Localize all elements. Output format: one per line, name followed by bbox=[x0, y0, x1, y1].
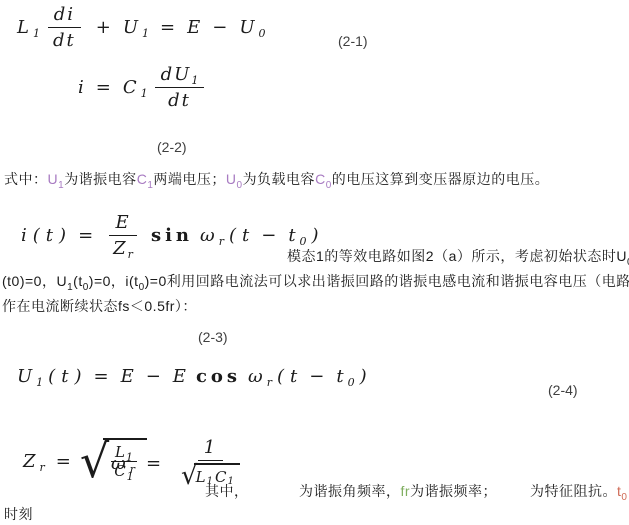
p1-mid1: 为谐振电容 bbox=[64, 171, 137, 187]
p1-C0: C0 bbox=[315, 171, 332, 187]
bottom-text-moment: 时刻 bbox=[4, 504, 33, 524]
eq1-plus: + bbox=[96, 17, 111, 38]
eq4-t0: t bbox=[336, 366, 343, 387]
p2-l2-U-sub: 1 bbox=[67, 282, 73, 293]
p2-l3-text: 作在电流断续状态fs＜0.5fr）： bbox=[2, 298, 197, 314]
p1-U0-text: U bbox=[226, 171, 237, 187]
eqw-frac-num: 1 bbox=[198, 437, 223, 461]
paragraph-mode1-line2: (t0)=0，U1(t0)=0，i(t0)=0利用回路电流法可以求出谐振回路的谐… bbox=[2, 271, 629, 291]
p2-l2-U: U bbox=[56, 273, 67, 289]
equation-label-2-2: (2-2) bbox=[157, 139, 187, 155]
eq4-rparen2: ) bbox=[360, 366, 367, 387]
equation-2-2: i = C1 dU1 dt bbox=[75, 64, 209, 111]
eqz-equals: = bbox=[56, 451, 71, 472]
p3-b: 为谐振角频率， bbox=[299, 483, 401, 499]
eq4-rparen: ) bbox=[74, 366, 81, 387]
eq3-omega: ω bbox=[200, 225, 215, 246]
eq3-equals: = bbox=[78, 225, 93, 246]
eq4-U: U bbox=[17, 366, 32, 387]
p2-l2b-sub: 0 bbox=[83, 282, 89, 293]
eq4-omega-sub: r bbox=[267, 376, 272, 389]
eq1-fraction: di dt bbox=[47, 4, 82, 51]
p3-t0-sub: 0 bbox=[621, 492, 627, 503]
eq1-frac-num: di bbox=[48, 4, 81, 28]
eqw-omega-sub: r bbox=[130, 463, 135, 476]
eqz-Z-sub: r bbox=[40, 461, 45, 474]
eq1-U0-sub: 0 bbox=[258, 27, 265, 40]
eq1-frac-den: dt bbox=[47, 28, 82, 51]
eq3-t: t bbox=[46, 225, 53, 246]
eq1-U0: U bbox=[239, 17, 254, 38]
eq3-rparen2: ) bbox=[312, 225, 319, 246]
paragraph-mode1-line3: 作在电流断续状态fs＜0.5fr）： bbox=[2, 296, 197, 316]
eq2-C: C bbox=[123, 77, 137, 98]
p1-C0-sub: 0 bbox=[326, 180, 332, 191]
eq3-i: i bbox=[21, 225, 27, 246]
p1-C1-sub: 1 bbox=[147, 180, 153, 191]
eq1-equals: = bbox=[160, 17, 175, 38]
equation-2-4: U1 ( t ) = E − E cos ωr ( t − t0 ) bbox=[14, 366, 370, 387]
p1-mid3: 为负载电容 bbox=[243, 171, 316, 187]
p2-l1-text: 模态1的等效电路如图2（a）所示，考虑初始状态时 bbox=[287, 248, 616, 264]
bottom-text-frequency: 为谐振角频率，fr为谐振频率； bbox=[299, 481, 497, 501]
p1-C1: C1 bbox=[137, 171, 154, 187]
p1-U0-sub: 0 bbox=[237, 180, 243, 191]
p2-l1-U: U bbox=[616, 248, 627, 264]
eq2-i: i bbox=[78, 77, 84, 98]
p1-mid2: 两端电压； bbox=[153, 171, 226, 187]
equation-2-3: i ( t ) = E Zr sin ωr ( t − t0 ) bbox=[18, 212, 322, 259]
eq3-frac-den-text: Z bbox=[113, 238, 128, 259]
equation-label-2-1: (2-1) bbox=[338, 33, 368, 49]
eqw-equals: = bbox=[146, 453, 161, 474]
eq3-minus: − bbox=[261, 225, 276, 246]
eq4-lparen2: ( bbox=[277, 366, 284, 387]
p2-l2c: )=0， bbox=[89, 273, 126, 289]
eq4-E1: E bbox=[121, 366, 134, 387]
p1-pre: 式中： bbox=[4, 171, 48, 187]
eq4-equals: = bbox=[93, 366, 108, 387]
p2-l2d-sub: 0 bbox=[139, 282, 145, 293]
eq4-lparen: ( bbox=[48, 366, 55, 387]
p4-text: 时刻 bbox=[4, 506, 33, 522]
eq3-t0: t bbox=[288, 225, 295, 246]
eq3-sin: sin bbox=[151, 225, 193, 246]
paragraph-mode1-line1: 模态1的等效电路如图2（a）所示，考虑初始状态时U0 bbox=[287, 246, 629, 266]
eq3-frac-den: Zr bbox=[107, 236, 139, 259]
eq3-lparen2: ( bbox=[229, 225, 236, 246]
eq4-E2: E bbox=[173, 366, 186, 387]
p1-U1-sub: 1 bbox=[58, 180, 64, 191]
equation-label-2-4: (2-4) bbox=[548, 382, 578, 398]
eq1-L: L bbox=[17, 17, 29, 38]
p1-U1: U1 bbox=[48, 171, 65, 187]
bottom-text-impedance: 为特征阻抗。t0 bbox=[530, 481, 627, 501]
eq4-omega: ω bbox=[248, 366, 263, 387]
p1-U0: U0 bbox=[226, 171, 243, 187]
eq3-lparen: ( bbox=[33, 225, 40, 246]
eq3-fraction: E Zr bbox=[107, 212, 139, 259]
paragraph-definitions: 式中：U1为谐振电容C1两端电压；U0为负载电容C0的电压这算到变压器原边的电压… bbox=[4, 169, 549, 189]
p3-d: 为特征阻抗。 bbox=[530, 483, 617, 499]
document-page: L1 di dt + U1 = E − U0 (2-1) i = C1 dU1 … bbox=[0, 0, 629, 525]
eq3-rparen: ) bbox=[59, 225, 66, 246]
eq3-t2: t bbox=[242, 225, 249, 246]
p1-end: 的电压这算到变压器原边的电压。 bbox=[332, 171, 550, 187]
eq4-minus1: − bbox=[146, 366, 161, 387]
eq4-t: t bbox=[61, 366, 68, 387]
eq4-cos: cos bbox=[196, 366, 241, 387]
eq4-minus2: − bbox=[309, 366, 324, 387]
eq1-L-sub: 1 bbox=[33, 27, 40, 40]
equation-2-1: L1 di dt + U1 = E − U0 bbox=[14, 4, 267, 51]
eq3-frac-num: E bbox=[109, 212, 136, 236]
eq2-frac-num-text: dU bbox=[161, 64, 192, 85]
eq4-t0-sub: 0 bbox=[348, 376, 355, 389]
eq1-U-sub: 1 bbox=[142, 27, 149, 40]
p1-C1-text: C bbox=[137, 171, 148, 187]
p2-l2b: (t bbox=[73, 273, 83, 289]
eq2-frac-num: dU1 bbox=[155, 64, 205, 88]
eq2-frac-den: dt bbox=[162, 88, 197, 111]
p3-a: 其中， bbox=[205, 483, 249, 499]
p2-l2e: )=0利用回路电流法可以求出谐振回路的谐振电感电流和谐振电容电压（电路工 bbox=[145, 273, 629, 289]
p3-t0: t0 bbox=[617, 483, 627, 499]
p2-l2d: i(t bbox=[125, 273, 138, 289]
eq2-frac-num-sub: 1 bbox=[191, 74, 198, 87]
p2-l2a: (t0)=0， bbox=[2, 273, 56, 289]
eq1-minus: − bbox=[212, 17, 227, 38]
equation-label-2-3: (2-3) bbox=[198, 329, 228, 345]
eq1-E: E bbox=[187, 17, 200, 38]
eq4-U-sub: 1 bbox=[36, 376, 43, 389]
eq3-frac-den-sub: r bbox=[128, 248, 133, 261]
bottom-text-qizhong: 其中， bbox=[205, 481, 249, 501]
p1-U1-text: U bbox=[48, 171, 59, 187]
eqw-omega: ω bbox=[111, 453, 126, 474]
eq3-omega-sub: r bbox=[219, 235, 224, 248]
p1-C0-text: C bbox=[315, 171, 326, 187]
eq1-U: U bbox=[123, 17, 138, 38]
eq2-fraction: dU1 dt bbox=[155, 64, 205, 111]
p3-fr: fr bbox=[401, 483, 411, 499]
eq2-C-sub: 1 bbox=[141, 87, 148, 100]
eq2-equals: = bbox=[96, 77, 111, 98]
eqz-Z: Z bbox=[23, 451, 36, 472]
p3-c: 为谐振频率； bbox=[410, 483, 497, 499]
eq4-t2: t bbox=[290, 366, 297, 387]
